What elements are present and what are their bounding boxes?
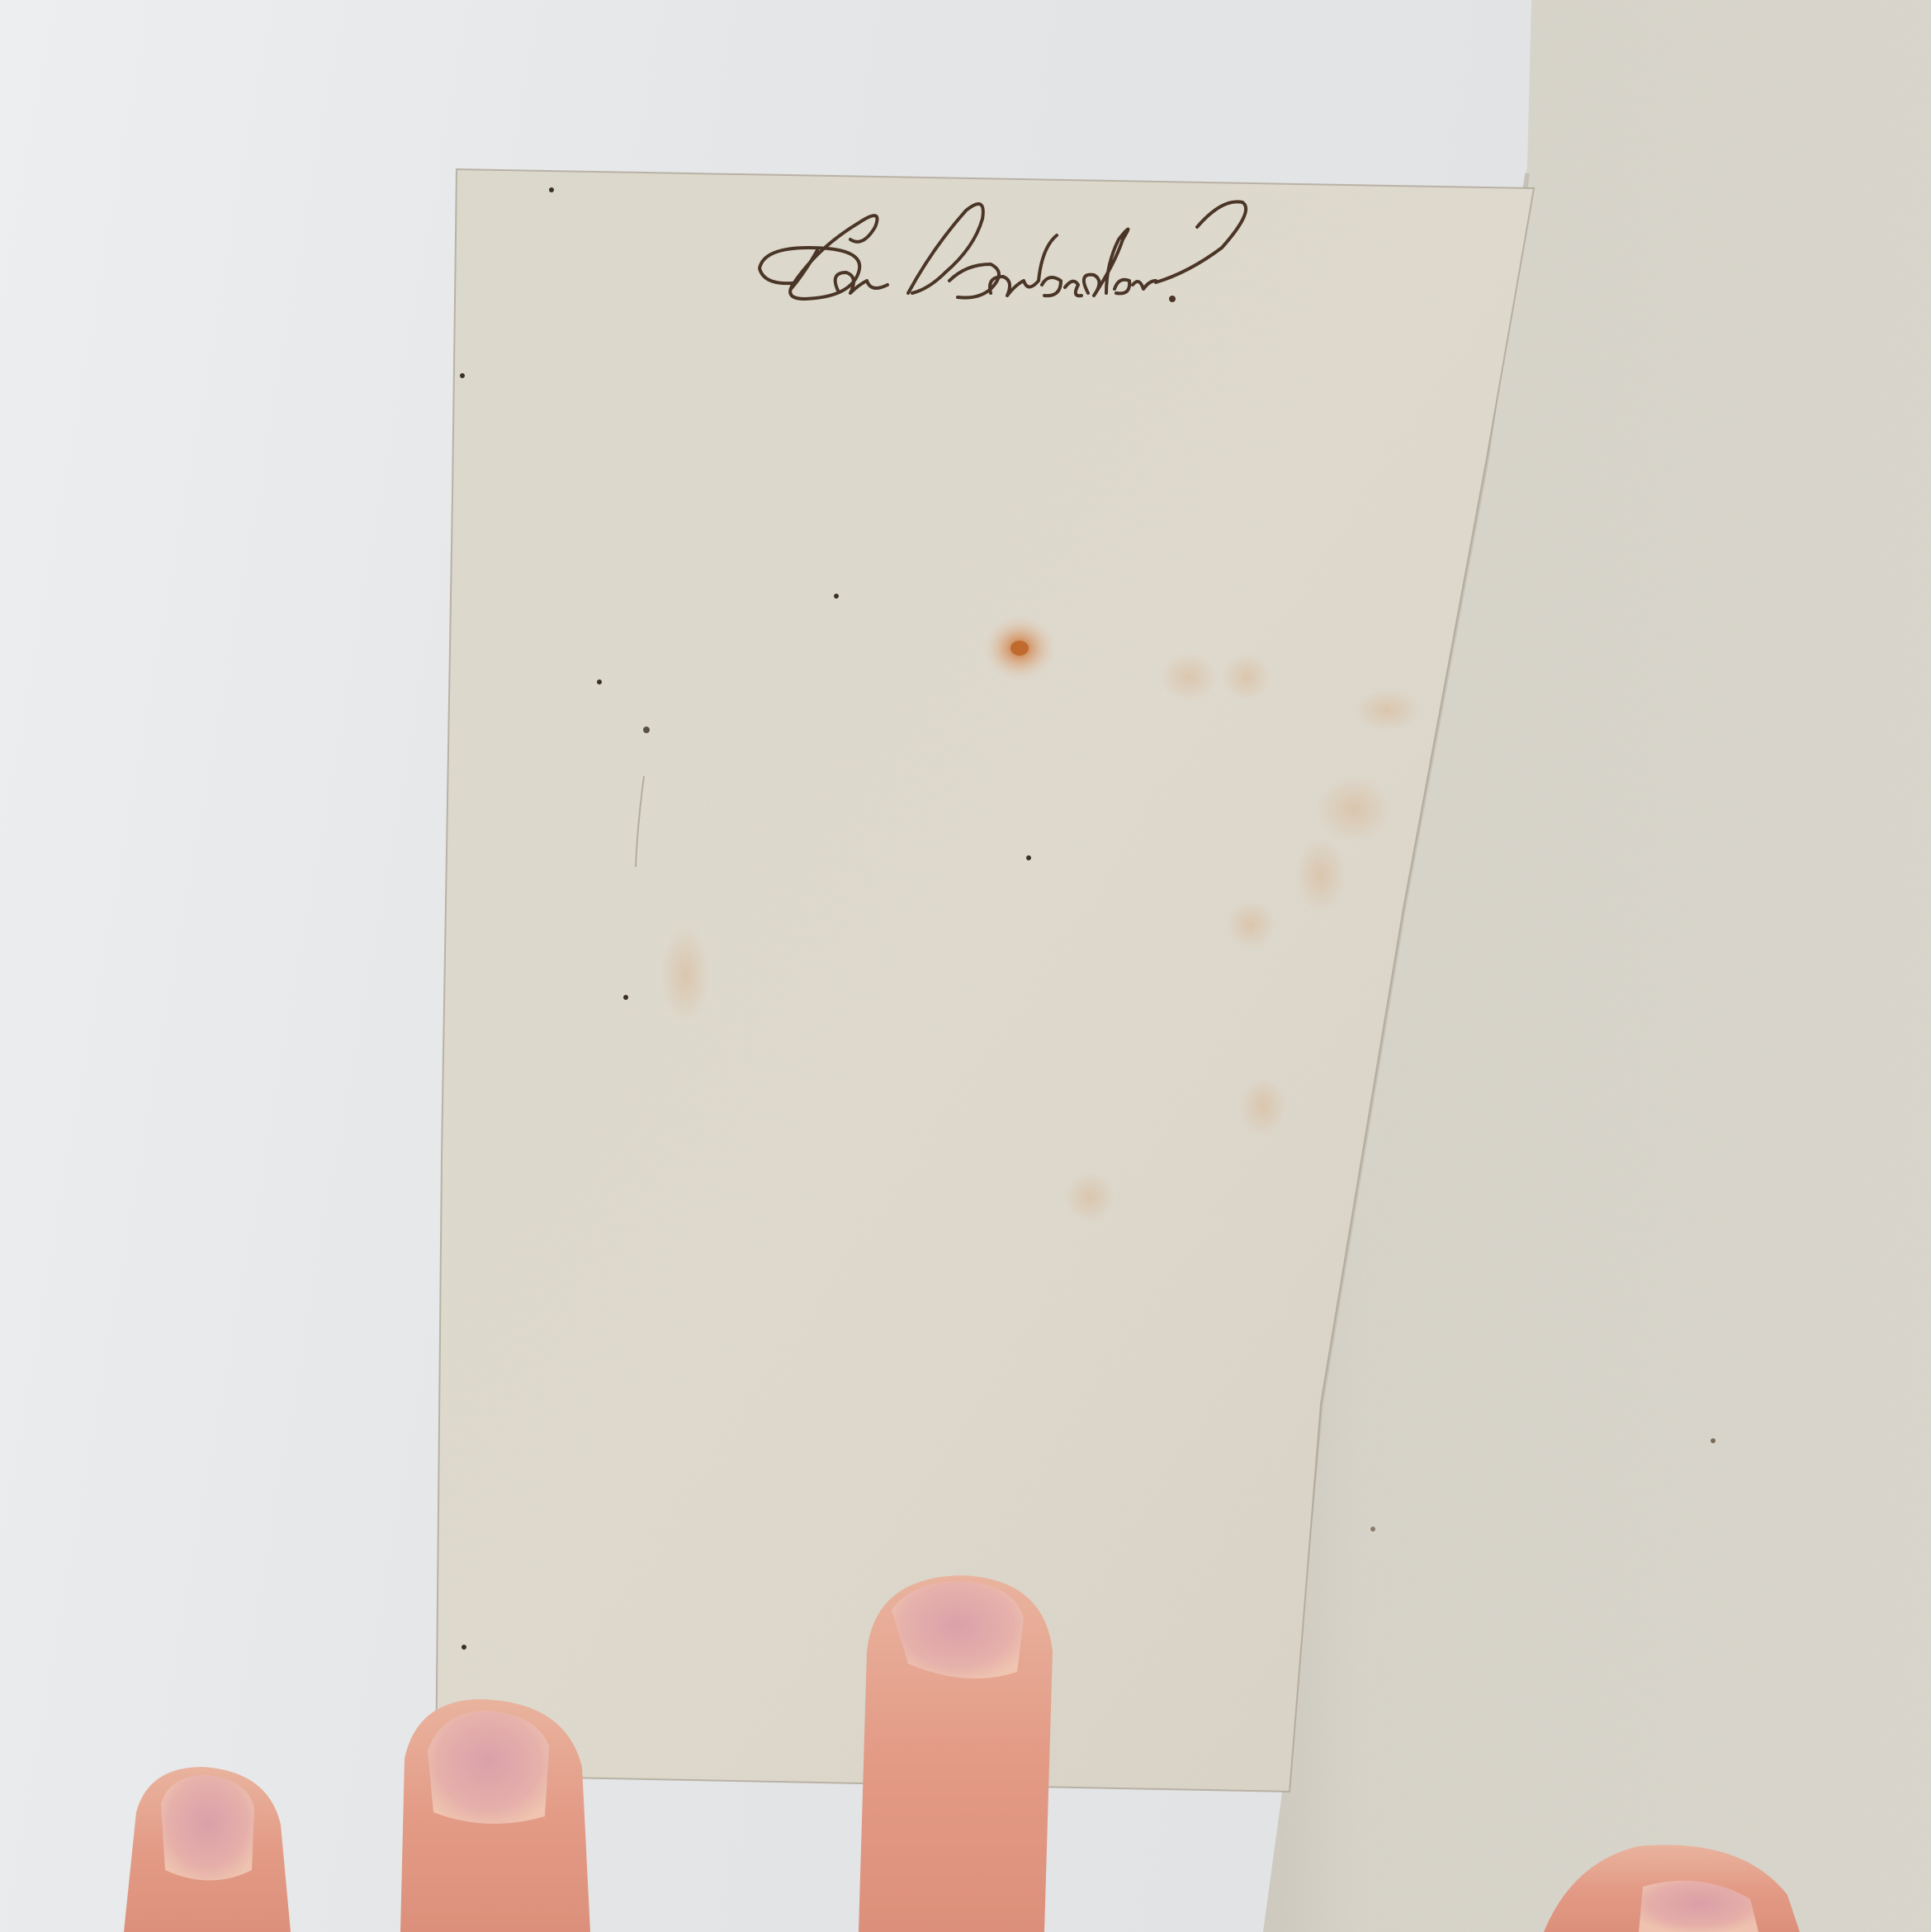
finger-far-left	[124, 1767, 291, 1932]
finger-middle	[859, 1575, 1053, 1932]
finger-left	[400, 1699, 590, 1932]
photo-scene: Bar Barbedor.	[0, 0, 1931, 1932]
